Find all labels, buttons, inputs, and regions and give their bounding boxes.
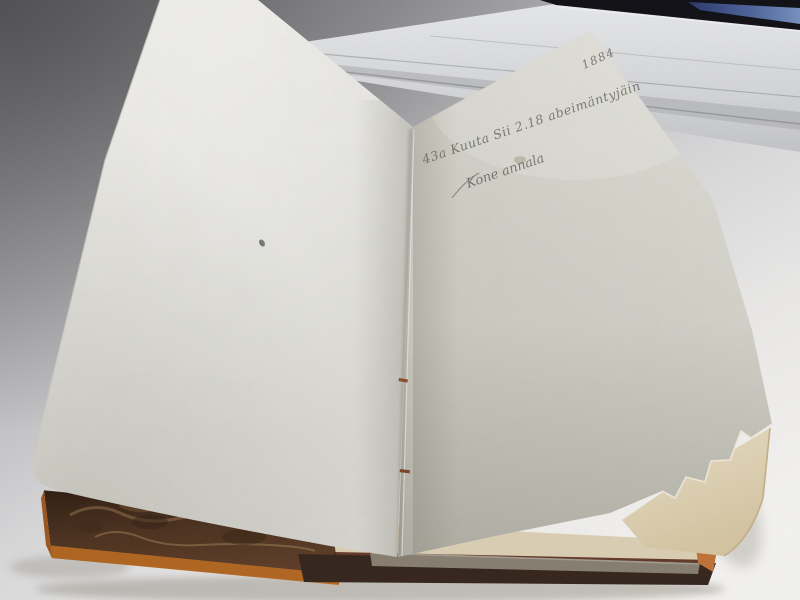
photo-grain bbox=[0, 0, 800, 600]
scene-photo: 1884 43a Kuuta Sii 2.18 abeimäntyjäin Ko… bbox=[0, 0, 800, 600]
photo-stage: 1884 43a Kuuta Sii 2.18 abeimäntyjäin Ko… bbox=[0, 0, 800, 600]
